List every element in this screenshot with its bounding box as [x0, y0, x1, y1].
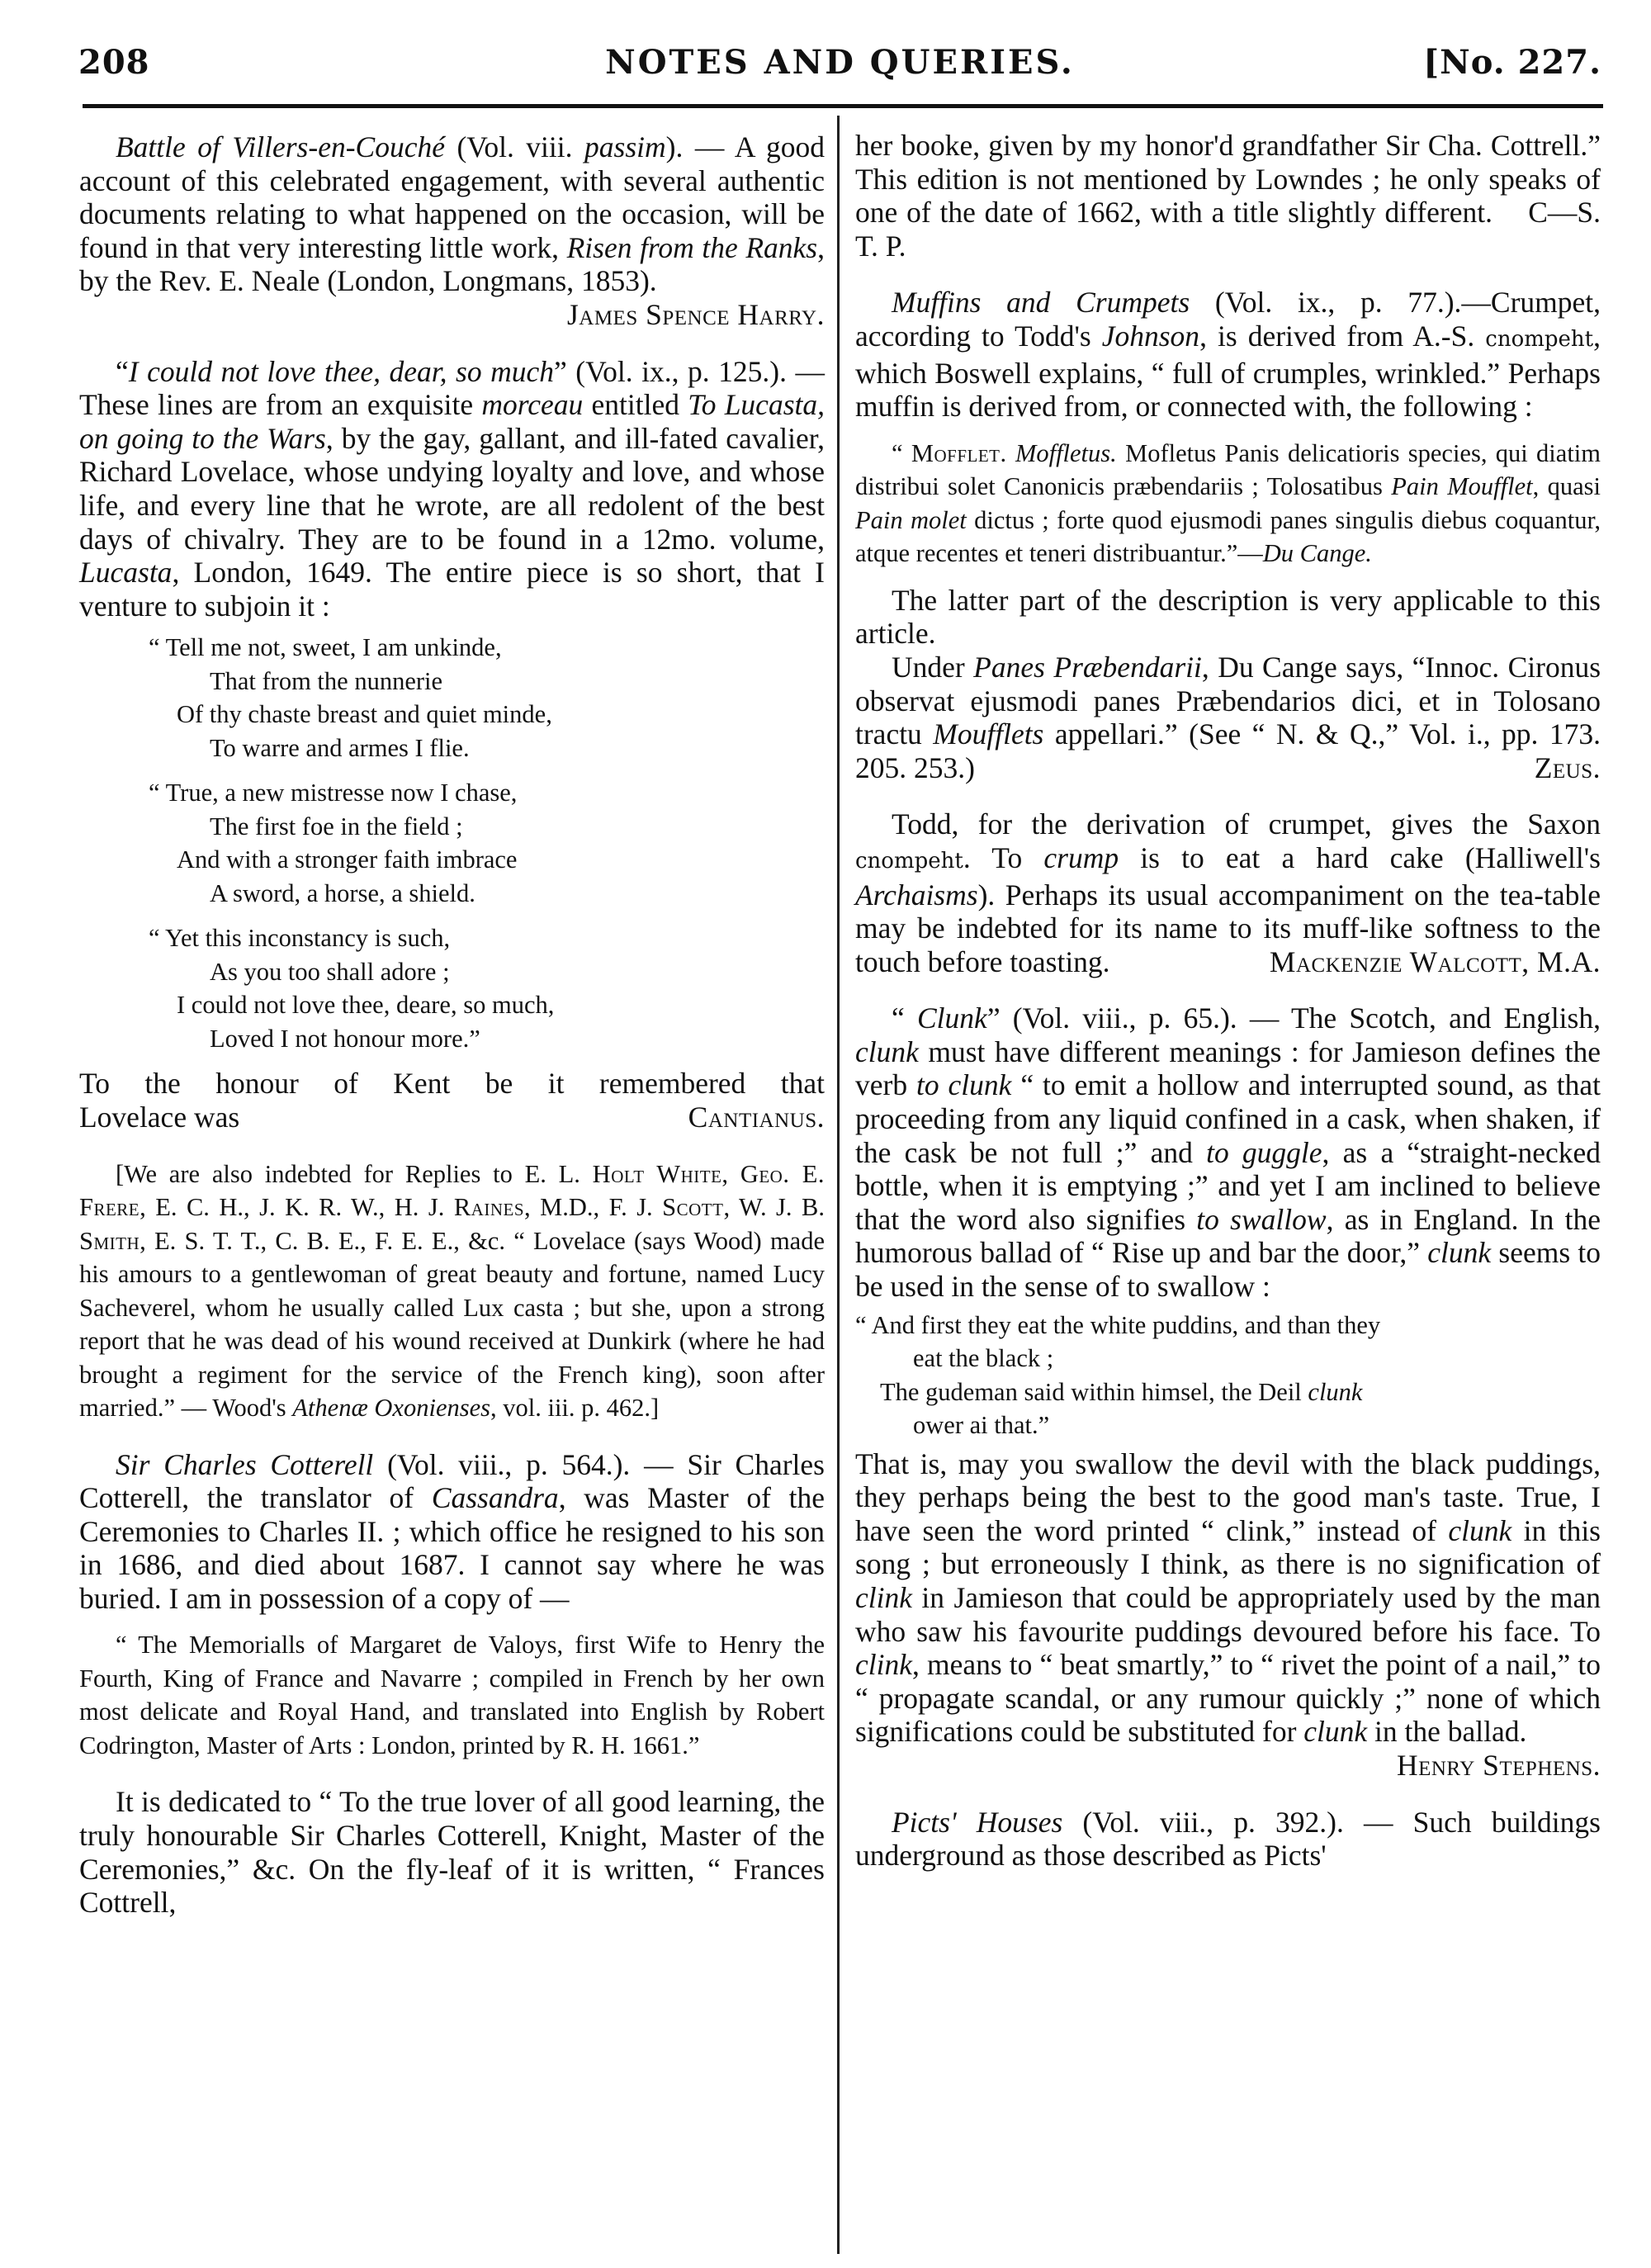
latter-paragraph: The latter part of the description is ve…: [855, 584, 1601, 651]
column-divider: [837, 116, 840, 2254]
article-cotterell: Sir Charles Cotterell (Vol. viii., p. 56…: [79, 1448, 825, 1616]
editorial-note: [We are also indebted for Replies to E. …: [79, 1158, 825, 1425]
article-lucasta: “I could not love thee, dear, so much” (…: [79, 355, 825, 623]
poem-stanza: “ True, a new mistresse now I chase, The…: [79, 776, 825, 910]
book-title: Risen from the Ranks: [567, 231, 818, 264]
article-title: Clunk: [917, 1001, 987, 1035]
ballad-quote: “ And first they eat the white puddins, …: [855, 1309, 1601, 1442]
poem: “ Tell me not, sweet, I am unkinde, That…: [79, 631, 825, 1055]
article-picts: Picts' Houses (Vol. viii., p. 392.). — S…: [855, 1806, 1601, 1873]
article-title: I could not love thee, dear, so much: [129, 355, 554, 388]
dedication-paragraph: It is dedicated to “ To the true lover o…: [79, 1785, 825, 1919]
article-title: Picts' Houses: [892, 1806, 1062, 1839]
ducange-quote: “ Mofflet. Moffletus. Mofletus Panis del…: [855, 437, 1601, 571]
signature: Cantianus.: [688, 1101, 825, 1134]
article-muffins: Muffins and Crumpets (Vol. ix., p. 77.).…: [855, 286, 1601, 423]
article-title: Muffins and Crumpets: [892, 286, 1190, 319]
kent-paragraph: To the honour of Kent be it remembered t…: [79, 1067, 825, 1134]
article-villers: Battle of Villers-en-Couché (Vol. viii. …: [79, 130, 825, 298]
article-title: Sir Charles Cotterell: [116, 1448, 373, 1481]
that-is-paragraph: That is, may you swallow the devil with …: [855, 1447, 1601, 1749]
article-title: Battle of Villers-en-Couché: [116, 130, 445, 163]
right-column: her booke, given by my honor'd grandfath…: [855, 129, 1601, 1873]
article-clunk: “ Clunk” (Vol. viii., p. 65.). — The Sco…: [855, 1001, 1601, 1303]
header-rule: [83, 104, 1603, 108]
poem-stanza: “ Yet this inconstancy is such, As you t…: [79, 921, 825, 1055]
signature: Henry Stephens.: [855, 1749, 1601, 1783]
issue-number: [No. 227.: [1423, 43, 1601, 82]
memorialls-quote: “ The Memorialls of Margaret de Valoys, …: [79, 1628, 825, 1762]
journal-title: NOTES AND QUERIES.: [78, 43, 1601, 82]
poem-stanza: “ Tell me not, sweet, I am unkinde, That…: [79, 631, 825, 765]
running-header: 208 NOTES AND QUERIES. [No. 227.: [78, 43, 1601, 101]
signature: James Spence Harry.: [79, 298, 825, 332]
left-column: Battle of Villers-en-Couché (Vol. viii. …: [79, 130, 825, 1920]
cotterell-continuation: her booke, given by my honor'd grandfath…: [855, 129, 1601, 263]
